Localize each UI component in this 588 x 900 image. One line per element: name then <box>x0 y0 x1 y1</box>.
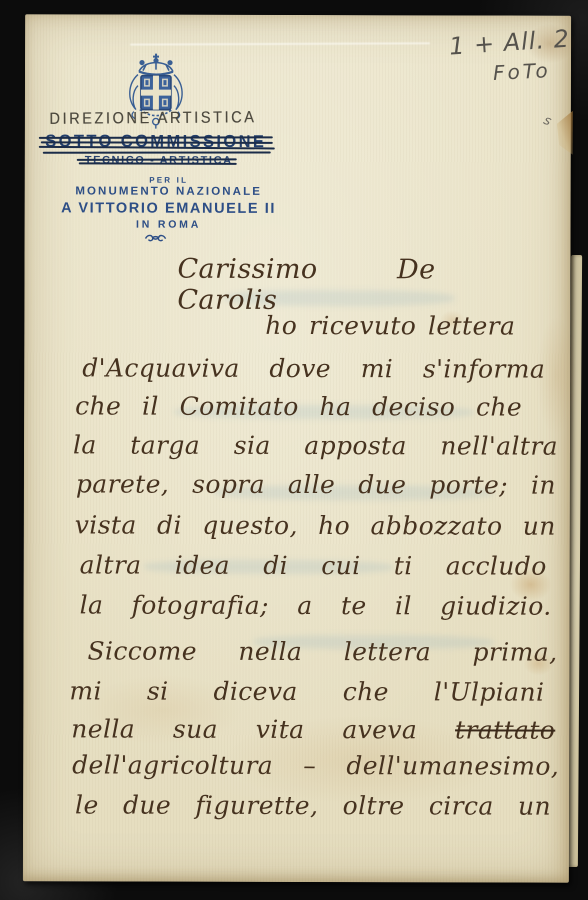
handwriting-segment: nella sua vita aveva <box>71 714 417 744</box>
handwriting-line: nella sua vita aveva trattato <box>71 715 555 745</box>
handwriting-line: che il Comitato ha deciso che <box>75 392 522 422</box>
handwriting-line: Siccome nella lettera prima, <box>87 637 557 667</box>
handwriting-line: vista di questo, ho abbozzato un <box>75 511 556 541</box>
handwriting-line: d'Acquaviva dove mi s'informa <box>82 354 545 384</box>
edge-pencil-mark: s <box>541 113 553 129</box>
letterhead-in-roma: IN ROMA <box>119 219 219 231</box>
struck-word: trattato <box>455 715 555 744</box>
archival-annotation-count: 1 + All. 2 <box>448 25 571 61</box>
handwriting-line: la targa sia apposta nell'altra <box>73 431 558 461</box>
handwriting-line: parete, sopra alle due porte; in <box>76 470 556 500</box>
struck-title-tecnico-artistica: TECNICO - ARTISTICA <box>85 154 229 166</box>
strikethrough-line <box>43 152 271 154</box>
letterhead-per-il: PER IL <box>119 176 219 185</box>
letterhead-monumento-nazionale: MONUMENTO NAZIONALE <box>69 185 269 198</box>
handwriting-line: dell'agricoltura – dell'umanesimo, <box>72 751 559 781</box>
handwriting-line: mi si diceva che l'Ulpiani <box>69 677 544 707</box>
crease-highlight <box>130 42 430 45</box>
edge-tear <box>557 111 573 155</box>
letter-sheet: DIREZIONE ARTISTICA SOTTO COMMISSIONE TE… <box>23 14 571 882</box>
handwriting-line: la fotografia; a te il giudizio. <box>80 591 552 621</box>
handwriting-line: le due figurette, oltre circa un <box>75 791 551 821</box>
overprint-stamp: DIREZIONE ARTISTICA <box>43 109 263 129</box>
handwriting-line: ho ricevuto lettera <box>265 312 515 341</box>
printer-ornament-icon <box>145 234 167 244</box>
salutation: Carissimo De Carolis <box>177 254 435 317</box>
archival-annotation-foto: FoTo <box>492 58 551 85</box>
handwriting-line: altra idea di cui ti accludo <box>80 551 547 581</box>
letterhead-vittorio-emanuele: A VITTORIO EMANUELE II <box>57 200 281 217</box>
